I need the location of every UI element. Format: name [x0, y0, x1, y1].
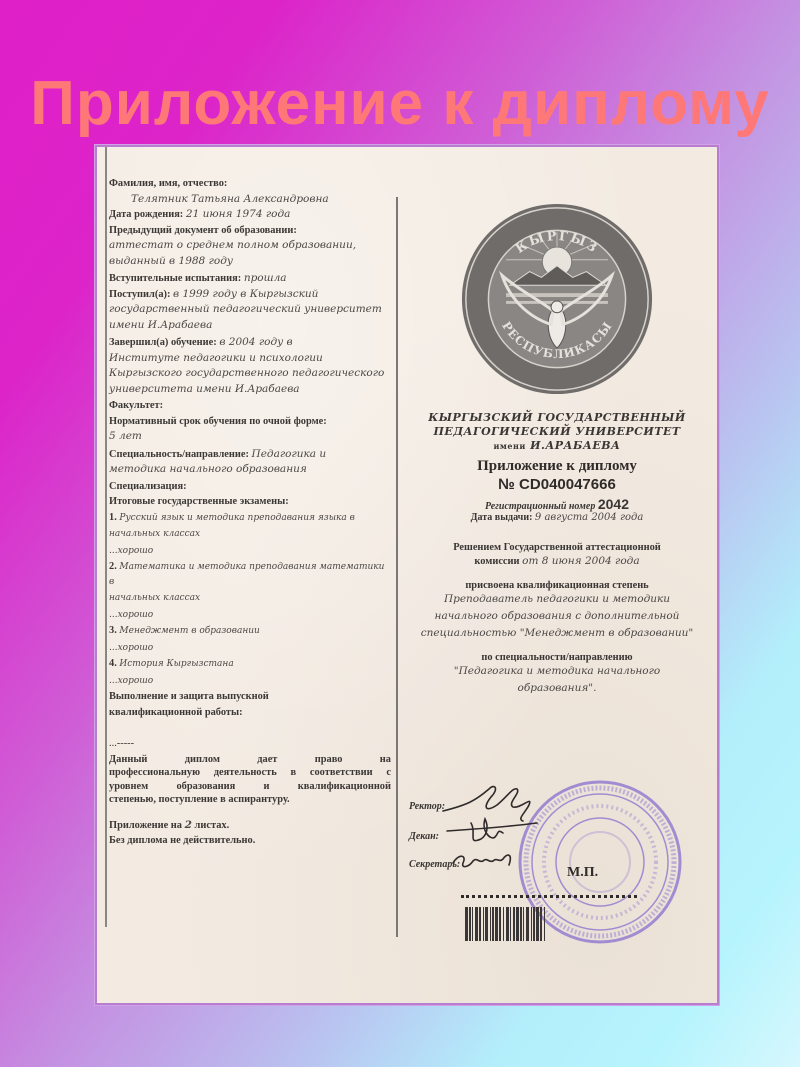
specialty-awarded: "Педагогика и методика начального образо…: [402, 663, 712, 697]
full-name-value: Телятник Татьяна Александровна: [131, 193, 329, 205]
sheets-label: Приложение на: [109, 820, 182, 831]
finished-value-3: Кыргызского государственного педагогичес…: [109, 367, 384, 379]
sheets-value: 2: [185, 819, 192, 831]
left-column: Фамилия, имя, отчество: Телятник Татьяна…: [109, 177, 391, 850]
rights-line-3: уровнем образования и квалификационной: [109, 780, 391, 794]
issue-date-label: Дата выдачи:: [471, 512, 533, 523]
exam-grade: ...хорошо: [109, 643, 153, 653]
enrolled-value-3: имени И.Арабаева: [109, 319, 212, 331]
document-heading: Приложение к диплому: [402, 457, 712, 476]
issue-date-row: Дата выдачи: 9 августа 2004 года: [402, 512, 712, 523]
exams-label: Итоговые государственные экзамены:: [109, 496, 289, 507]
finished-value-4: университета имени И.Арабаева: [109, 383, 300, 395]
exam-item: 4. История Кыргызстана ...хорошо: [109, 657, 391, 688]
birth-value: 21 июня 1974 года: [186, 208, 291, 220]
exam-name-cont: начальных классах: [109, 593, 200, 603]
registration-row: Регистрационный номер 2042: [402, 496, 712, 512]
specialty-value-2: методика начального образования: [109, 463, 307, 475]
exam-number: 2.: [109, 561, 117, 572]
qualification: Преподаватель педагогики и методики нача…: [402, 591, 712, 642]
prev-doc-label: Предыдущий документ об образовании:: [109, 225, 297, 236]
faculty-label: Факультет:: [109, 400, 163, 411]
signatures-icon: [437, 779, 577, 889]
document-number: № CD040047666: [402, 476, 712, 494]
right-column: КЫРГЫЗ РЕСПУБЛИКАСЫ КЫРГЫЗСКИЙ ГОСУДАРСТ…: [402, 201, 712, 697]
exam-number: 3.: [109, 625, 117, 636]
barcode-icon: [465, 907, 627, 941]
specialty-line-2: образования".: [402, 680, 712, 697]
exam-name: Менеджмент в образовании: [119, 626, 259, 636]
seal-place-label: М.П.: [567, 865, 598, 881]
rights-line-4: степенью, поступление в аспирантуру.: [109, 793, 391, 807]
decision-prefix: комиссии: [474, 556, 519, 567]
birth-label: Дата рождения:: [109, 209, 183, 220]
exam-item: 3. Менеджмент в образовании ...хорошо: [109, 624, 391, 655]
qualification-line-1: Преподаватель педагогики и методики: [402, 591, 712, 608]
exam-number: 4.: [109, 658, 117, 669]
finished-value-2: Институте педагогики и психологии: [109, 352, 323, 364]
left-edge-line: [105, 147, 107, 927]
slide-title: Приложение к диплому: [0, 62, 800, 146]
university-line-1: КЫРГЫЗСКИЙ ГОСУДАРСТВЕННЫЙ: [402, 411, 712, 425]
decision-date: от 8 июня 2004 года: [522, 555, 639, 567]
specialization-label: Специализация:: [109, 481, 187, 492]
exam-grade: ...хорошо: [109, 546, 153, 556]
enrolled-value-2: государственный педагогический университ…: [109, 303, 382, 315]
thesis-label-1: Выполнение и защита выпускной: [109, 691, 269, 702]
university-name: КЫРГЫЗСКИЙ ГОСУДАРСТВЕННЫЙ ПЕДАГОГИЧЕСКИ…: [402, 411, 712, 453]
exam-item: 1. Русский язык и методика преподавания …: [109, 511, 391, 559]
decision-line-1: Решением Государственной аттестационной: [402, 541, 712, 555]
signatures-block: Ректор: Декан: Секретарь: М.П.: [407, 779, 707, 929]
issue-date-value: 9 августа 2004 года: [535, 512, 643, 523]
exam-name: История Кыргызстана: [119, 659, 233, 669]
exam-list: 1. Русский язык и методика преподавания …: [109, 511, 391, 689]
full-name-label: Фамилия, имя, отчество:: [109, 178, 227, 189]
rights-line-2: профессиональную деятельность в соответс…: [109, 766, 391, 780]
exam-name: Математика и методика преподавания матем…: [109, 562, 384, 587]
awarded-label: присвоена квалификационная степень: [402, 580, 712, 591]
sheets-suffix: листах.: [195, 820, 230, 831]
dean-label: Декан:: [409, 831, 439, 842]
state-emblem-icon: КЫРГЫЗ РЕСПУБЛИКАСЫ: [459, 201, 655, 397]
university-line-3: И.АРАБАЕВА: [530, 439, 620, 452]
term-value: 5 лет: [109, 430, 142, 442]
commission-decision: Решением Государственной аттестационной …: [402, 541, 712, 568]
exam-grade: ...хорошо: [109, 610, 153, 620]
by-specialty-label: по специальности/направлению: [402, 652, 712, 663]
enrolled-value-1: в 1999 году в Кыргызский: [173, 288, 318, 300]
qualification-line-2: начального образования с дополнительной: [402, 608, 712, 625]
diploma-supplement-scan: Фамилия, имя, отчество: Телятник Татьяна…: [95, 145, 719, 1005]
university-prefix: имени: [493, 441, 525, 451]
entrance-value: прошла: [244, 272, 287, 284]
prev-doc-value-2: выданный в 1988 году: [109, 255, 233, 267]
registration-number: 2042: [598, 496, 629, 512]
dotted-line: [461, 895, 637, 898]
specialty-value-1: Педагогика и: [252, 448, 327, 460]
entrance-label: Вступительные испытания:: [109, 273, 241, 284]
exam-name-cont: начальных классах: [109, 529, 200, 539]
exam-item: 2. Математика и методика преподавания ма…: [109, 560, 391, 622]
exam-number: 1.: [109, 512, 117, 523]
qualification-line-3: специальностью "Менеджмент в образовании…: [402, 625, 712, 642]
term-label: Нормативный срок обучения по очной форме…: [109, 416, 327, 427]
validity-note: Без диплома не действительно.: [109, 835, 255, 846]
registration-label: Регистрационный номер: [485, 501, 595, 512]
enrolled-label: Поступил(а):: [109, 289, 170, 300]
column-divider: [396, 197, 398, 937]
specialty-label: Специальность/направление:: [109, 449, 249, 460]
rights-line-1: Данный диплом дает право на: [109, 753, 391, 767]
exam-grade: ...хорошо: [109, 676, 153, 686]
prev-doc-value-1: аттестат о среднем полном образовании,: [109, 239, 356, 251]
thesis-label-2: квалификационной работы:: [109, 707, 243, 718]
thesis-value: ...-----: [109, 738, 134, 749]
finished-value-1: в 2004 году в: [219, 336, 292, 348]
exam-name: Русский язык и методика преподавания язы…: [119, 513, 354, 523]
specialty-line-1: "Педагогика и методика начального: [402, 663, 712, 680]
university-line-2: ПЕДАГОГИЧЕСКИЙ УНИВЕРСИТЕТ: [402, 425, 712, 439]
finished-label: Завершил(а) обучение:: [109, 337, 217, 348]
